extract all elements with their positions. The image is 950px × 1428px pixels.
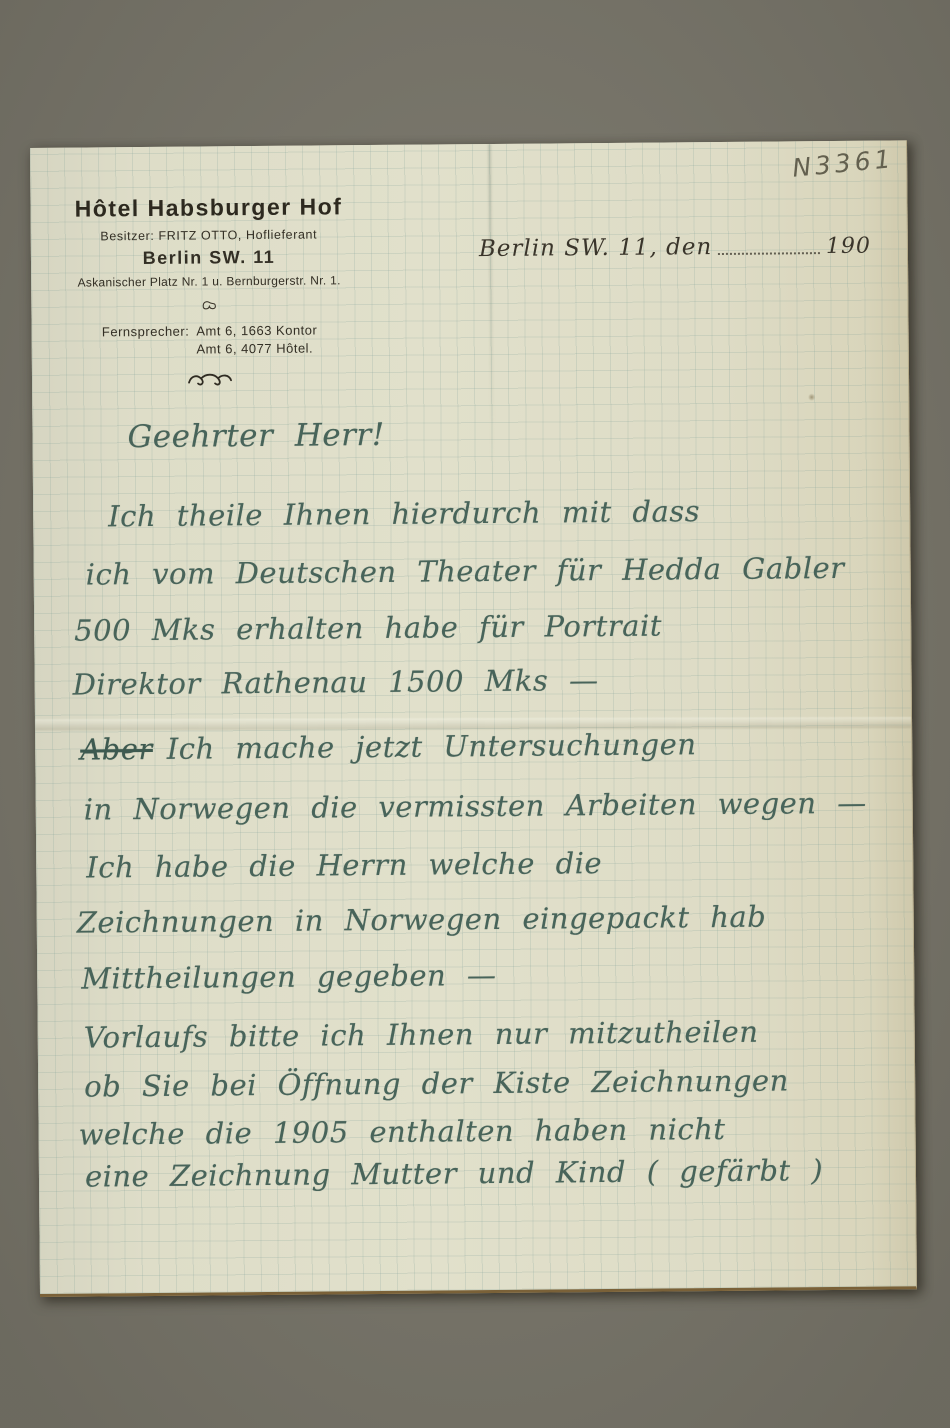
flourish-icon xyxy=(60,369,360,395)
paper-stain xyxy=(808,393,815,401)
letter-line: Vorlaufs bitte ich Ihnen nur mitzutheile… xyxy=(84,1015,759,1055)
letter-line: Ich theile Ihnen hierdurch mit dass xyxy=(108,494,700,533)
address-line: Askanischer Platz Nr. 1 u. Bernburgerstr… xyxy=(59,273,359,290)
dateline-prefix: Berlin SW. 11, den xyxy=(479,234,713,262)
letter-page: N3361 Hôtel Habsburger Hof Besitzer: FRI… xyxy=(30,140,917,1297)
letter-line-text: eine Zeichnung Mutter und Kind ( gefärbt… xyxy=(85,1153,823,1193)
letter-line-text: Direktor Rathenau 1500 Mks — xyxy=(73,663,599,702)
letter-line: in Norwegen die vermissten Arbeiten wege… xyxy=(84,786,867,827)
letter-line: Ich habe die Herrn welche die xyxy=(86,846,602,885)
letter-line: Zeichnungen in Norwegen eingepackt hab xyxy=(77,900,767,940)
letter-line-text: Ich mache jetzt Untersuchungen xyxy=(167,727,697,766)
letter-line-text: ich vom Deutschen Theater für Hedda Gabl… xyxy=(86,551,845,592)
letter-line: ich vom Deutschen Theater für Hedda Gabl… xyxy=(86,551,845,592)
letter-line: Mittheilungen gegeben — xyxy=(81,958,496,996)
salutation: Geehrter Herr! xyxy=(127,417,385,455)
letter-line-text: welche die 1905 enthalten haben nicht xyxy=(78,1112,725,1152)
dateline-year: 190 xyxy=(826,234,871,259)
printed-dateline: Berlin SW. 11, den 190 xyxy=(479,233,871,262)
letter-line: 500 Mks erhalten habe für Portrait xyxy=(74,609,662,648)
letter-line: ob Sie bei Öffnung der Kiste Zeichnungen xyxy=(84,1063,789,1103)
dateline-dotted-rule xyxy=(718,251,820,255)
letter-line-text: 500 Mks erhalten habe für Portrait xyxy=(74,609,662,648)
city-line: Berlin SW. 11 xyxy=(59,246,359,270)
letter-line-text: ob Sie bei Öffnung der Kiste Zeichnungen xyxy=(84,1063,789,1103)
letter-line: Direktor Rathenau 1500 Mks — xyxy=(73,663,599,702)
letter-line-text: in Norwegen die vermissten Arbeiten wege… xyxy=(84,786,867,827)
letter-line-text: Mittheilungen gegeben — xyxy=(81,958,496,996)
phone-block: Fernsprecher: Amt 6, 1663 Kontor Amt 6, … xyxy=(102,322,318,357)
owner-line: Besitzer: FRITZ OTTO, Hoflieferant xyxy=(59,227,359,244)
letter-line: eine Zeichnung Mutter und Kind ( gefärbt… xyxy=(85,1153,823,1193)
printer-mark-icon xyxy=(59,297,359,313)
phone-line-2: Amt 6, 4077 Hôtel. xyxy=(196,340,317,356)
letterhead: Hôtel Habsburger Hof Besitzer: FRITZ OTT… xyxy=(58,193,360,395)
phone-line-1: Amt 6, 1663 Kontor xyxy=(196,322,317,338)
struck-word: Aber xyxy=(80,732,153,767)
archive-number-pencil: N3361 xyxy=(791,144,896,183)
letter-line-text: Vorlaufs bitte ich Ihnen nur mitzutheile… xyxy=(84,1015,759,1055)
paper-crease-vertical xyxy=(488,144,494,474)
hotel-name: Hôtel Habsburger Hof xyxy=(58,193,358,223)
letter-line-text: Zeichnungen in Norwegen eingepackt hab xyxy=(77,900,767,940)
phone-label: Fernsprecher: xyxy=(102,324,190,340)
letter-line-text: Ich habe die Herrn welche die xyxy=(86,846,602,885)
letter-body: Ich theile Ihnen hierdurch mit dassich v… xyxy=(30,140,906,148)
letter-line: AberIch mache jetzt Untersuchungen xyxy=(80,727,696,766)
scanned-letter-scene: N3361 Hôtel Habsburger Hof Besitzer: FRI… xyxy=(0,0,950,1428)
letter-line-text: Ich theile Ihnen hierdurch mit dass xyxy=(108,494,700,533)
letter-line: welche die 1905 enthalten haben nicht xyxy=(78,1112,725,1152)
